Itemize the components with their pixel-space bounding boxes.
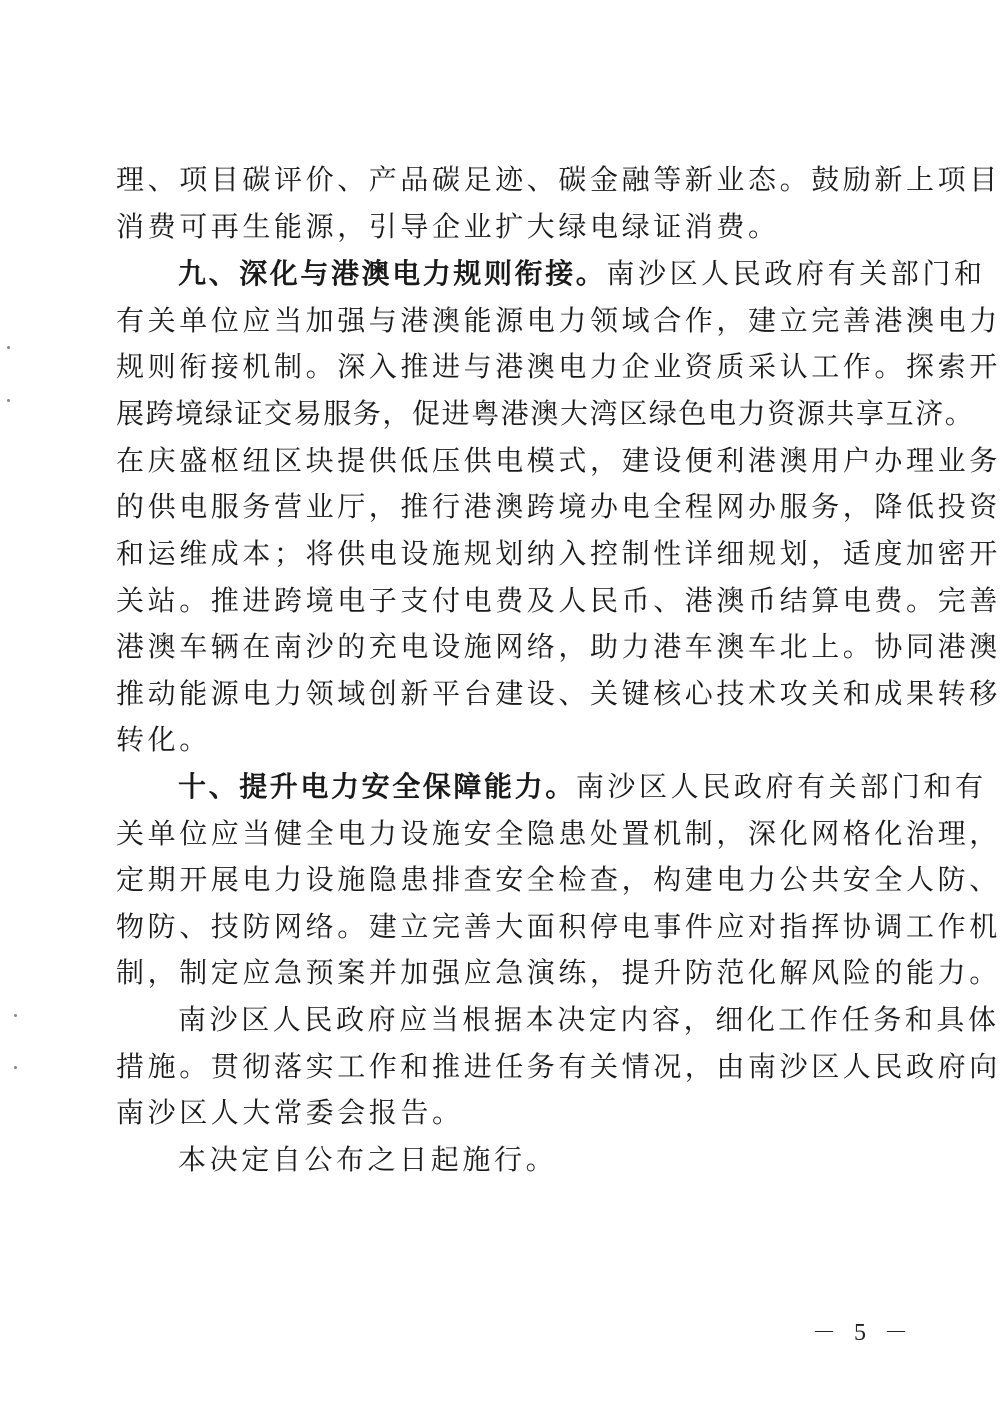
paragraph-line: 推动能源电力领域创新平台建设、关键核心技术攻关和成果转移: [116, 676, 896, 712]
scan-mark: [14, 1066, 17, 1069]
paragraph-line: 定期开展电力设施隐患排查安全检查，构建电力公共安全人防、: [116, 862, 896, 898]
paragraph-line: 展跨境绿证交易服务，促进粤港澳大湾区绿色电力资源共享互济。: [116, 396, 896, 432]
paragraph-line: 关站。推进跨境电子支付电费及人民币、港澳币结算电费。完善: [116, 583, 896, 619]
paragraph-line: 制，制定应急预案并加强应急演练，提升防范化解风险的能力。: [116, 955, 896, 991]
paragraph-text: 南沙区人民政府有关部门和有: [576, 770, 987, 803]
paragraph-line: 有关单位应当加强与港澳能源电力领域合作，建立完善港澳电力: [116, 303, 896, 339]
effective-date-line: 本决定自公布之日起施行。: [178, 1142, 958, 1178]
paragraph-line: 关单位应当健全电力设施安全隐患处置机制，深化网格化治理，: [116, 816, 896, 852]
document-page: 理、项目碳评价、产品碳足迹、碳金融等新业态。鼓励新上项目 消费可再生能源，引导企…: [0, 0, 1000, 1414]
paragraph-line: 南沙区人民政府应当根据本决定内容，细化工作任务和具体: [178, 1002, 958, 1038]
paragraph-line: 理、项目碳评价、产品碳足迹、碳金融等新业态。鼓励新上项目: [116, 162, 896, 198]
scan-mark: [7, 399, 10, 402]
section-nine-line: 九、深化与港澳电力规则衔接。南沙区人民政府有关部门和: [178, 256, 958, 292]
paragraph-line: 的供电服务营业厅，推行港澳跨境办电全程网办服务，降低投资: [116, 489, 896, 525]
paragraph-line: 和运维成本；将供电设施规划纳入控制性详细规划，适度加密开: [116, 536, 896, 572]
section-heading: 九、深化与港澳电力规则衔接。: [178, 257, 606, 290]
paragraph-line: 规则衔接机制。深入推进与港澳电力企业资质采认工作。探索开: [116, 349, 896, 385]
paragraph-line: 措施。贯彻落实工作和推进任务有关情况，由南沙区人民政府向: [116, 1049, 896, 1085]
paragraph-line: 转化。: [116, 722, 896, 758]
paragraph-line: 物防、技防网络。建立完善大面积停电事件应对指挥协调工作机: [116, 909, 896, 945]
paragraph-line: 消费可再生能源，引导企业扩大绿电绿证消费。: [116, 209, 896, 245]
page-number: － 5 －: [812, 1312, 914, 1347]
section-ten-line: 十、提升电力安全保障能力。南沙区人民政府有关部门和有: [178, 769, 958, 805]
paragraph-line: 南沙区人大常委会报告。: [116, 1095, 896, 1131]
scan-mark: [7, 346, 10, 349]
paragraph-line: 在庆盛枢纽区块提供低压供电模式，建设便利港澳用户办理业务: [116, 443, 896, 479]
paragraph-line: 港澳车辆在南沙的充电设施网络，助力港车澳车北上。协同港澳: [116, 629, 896, 665]
scan-mark: [14, 1014, 17, 1017]
section-heading: 十、提升电力安全保障能力。: [178, 770, 576, 803]
paragraph-text: 南沙区人民政府有关部门和: [606, 257, 985, 290]
